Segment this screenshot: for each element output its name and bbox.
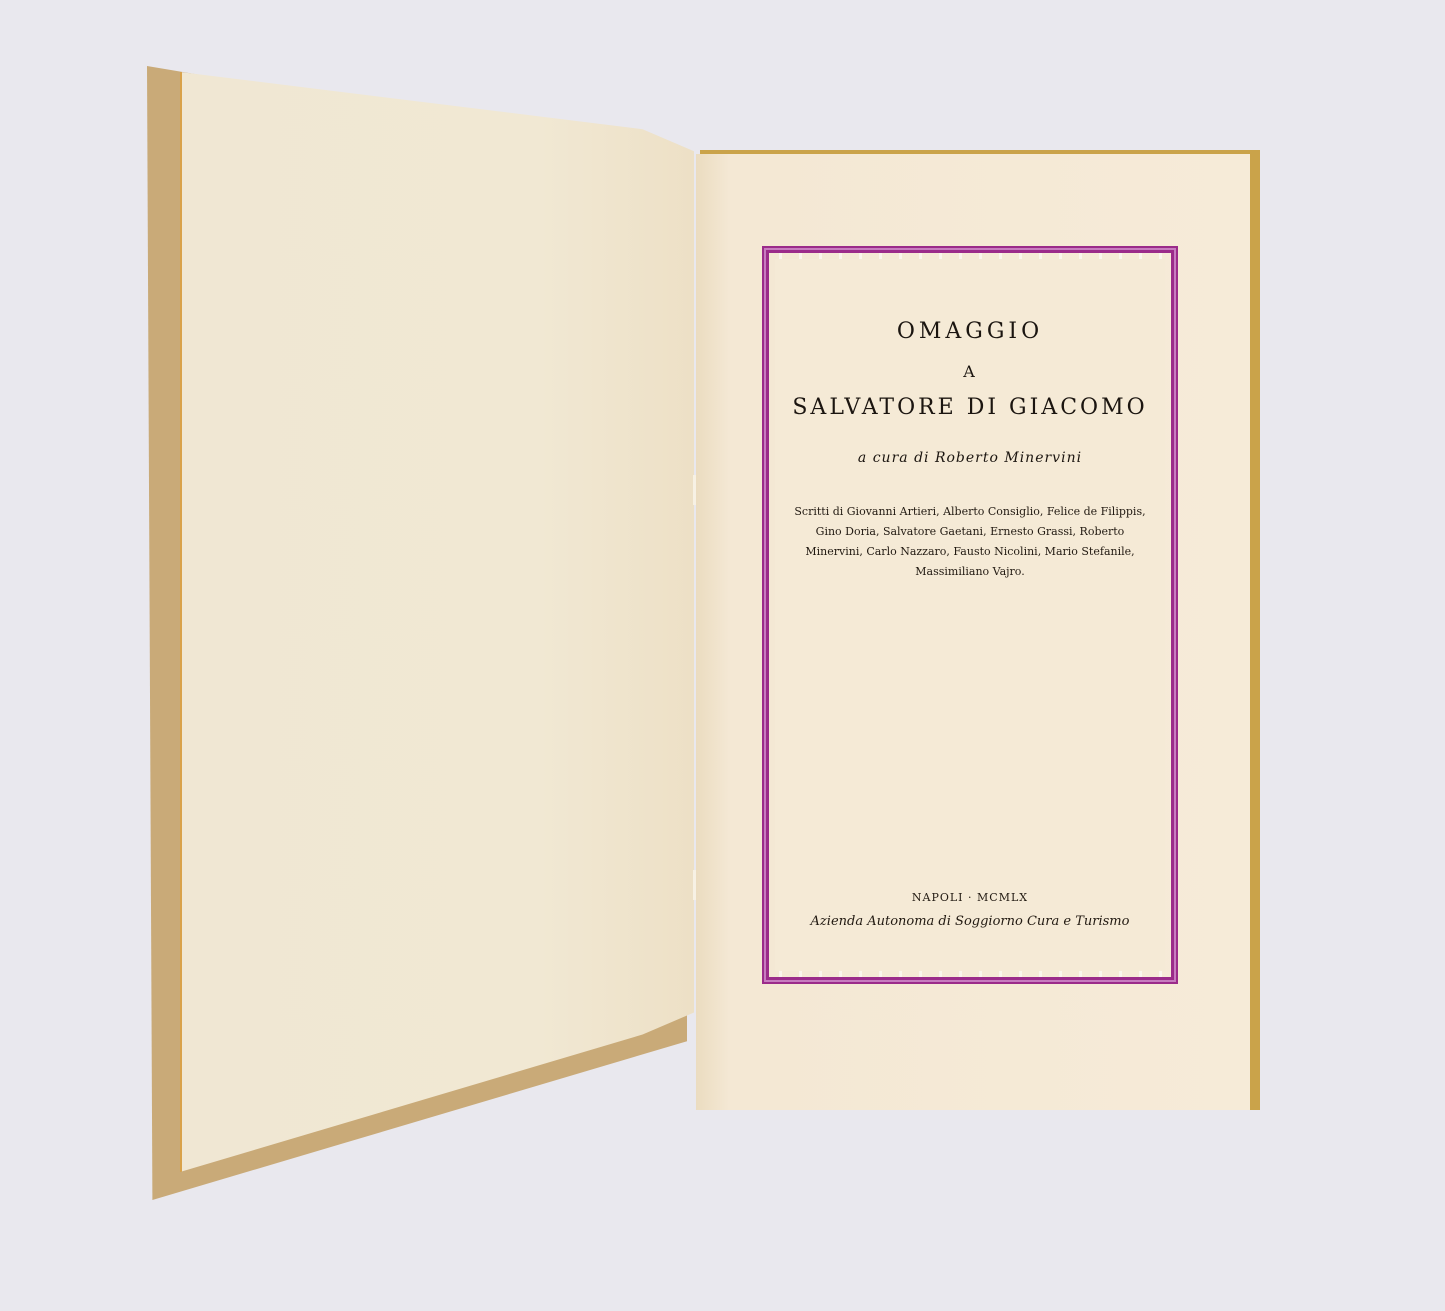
title: OMAGGIO (897, 319, 1043, 344)
subject-name: SALVATORE DI GIACOMO (792, 395, 1147, 420)
ornamental-border: OMAGGIO A SALVATORE DI GIACOMO a cura di… (762, 246, 1178, 984)
title-block: OMAGGIO A SALVATORE DI GIACOMO a cura di… (775, 259, 1165, 971)
curator-line: a cura di Roberto Minervini (858, 450, 1082, 466)
title-connector: A (963, 362, 977, 381)
place-year: NAPOLI · MCMLX (912, 891, 1028, 904)
publisher: Azienda Autonoma di Soggiorno Cura e Tur… (811, 914, 1130, 929)
left-page-blank (180, 72, 694, 1172)
photo-scene: OMAGGIO A SALVATORE DI GIACOMO a cura di… (0, 0, 1445, 1311)
contributors-list: Scritti di Giovanni Artieri, Alberto Con… (790, 502, 1150, 582)
